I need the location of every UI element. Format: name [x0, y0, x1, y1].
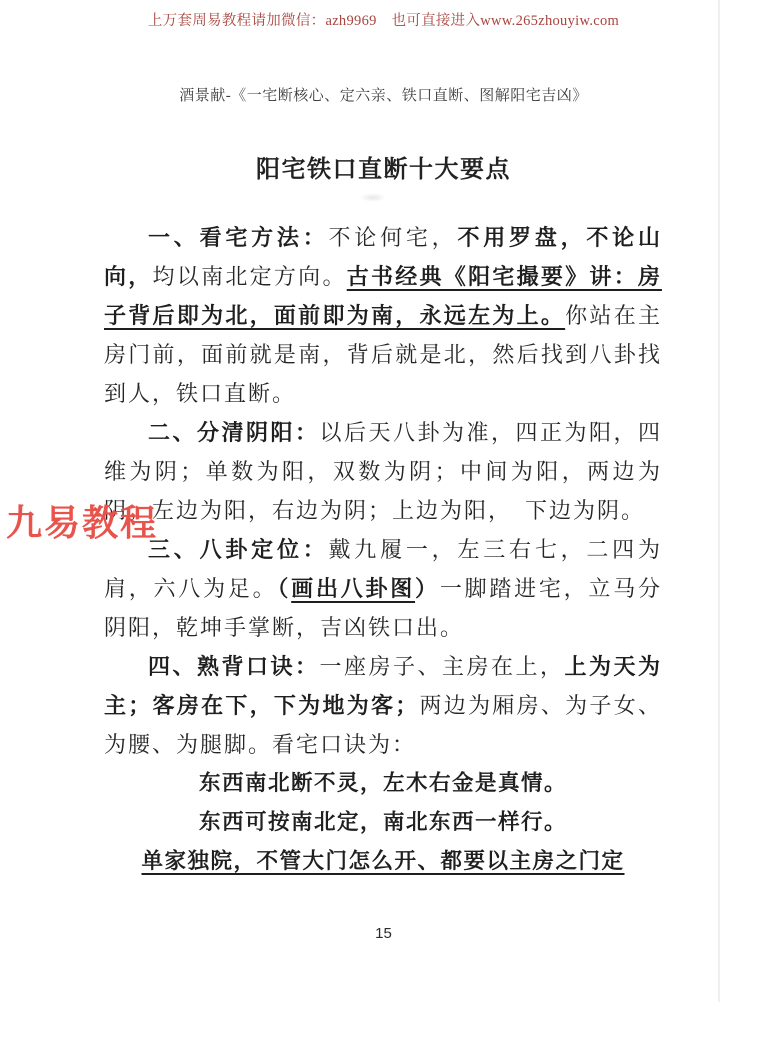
paragraph: 二、分清阴阳：以后天八卦为准，四正为阳，四维为阴；单数为阳，双数为阴；中间为阳，… [104, 413, 662, 530]
watermark-text: 九易教程 [6, 495, 158, 546]
page-number: 15 [0, 925, 767, 942]
text-segment: 一座房子、主房在上， [319, 654, 564, 679]
text-segment: 二、分清阴阳： [148, 420, 320, 445]
text-segment: 四、熟背口诀： [148, 654, 319, 679]
verse-line: 东西南北断不灵，左木右金是真情。 [104, 764, 662, 803]
paragraph: 三、八卦定位：戴九履一，左三右七，二四为肩，六八为足。（画出八卦图）一脚踏进宅，… [104, 530, 662, 647]
paragraphs-container: 一、看宅方法：不论何宅，不用罗盘，不论山向，均以南北定方向。古书经典《阳宅撮要》… [104, 218, 662, 764]
paragraph: 一、看宅方法：不论何宅，不用罗盘，不论山向，均以南北定方向。古书经典《阳宅撮要》… [104, 218, 662, 413]
scan-artifact-smudge [360, 193, 386, 202]
page-title: 阳宅铁口直断十大要点 [0, 149, 767, 184]
verse-line: 单家独院，不管大门怎么开、都要以主房之门定 [104, 842, 662, 881]
paragraph: 四、熟背口诀：一座房子、主房在上，上为天为主；客房在下，下为地为客；两边为厢房、… [104, 647, 662, 764]
verses-container: 东西南北断不灵，左木右金是真情。东西可按南北定，南北东西一样行。单家独院，不管大… [104, 764, 662, 881]
text-segment: 画出八卦图 [291, 576, 415, 601]
text-segment: ） [415, 576, 440, 601]
document-body: 一、看宅方法：不论何宅，不用罗盘，不论山向，均以南北定方向。古书经典《阳宅撮要》… [104, 218, 662, 881]
text-segment: 三、八卦定位： [148, 537, 329, 562]
header-notice: 上万套周易教程请加微信：azh9969 也可直接进入www.265zhouyiw… [0, 9, 767, 30]
verse-line: 东西可按南北定，南北东西一样行。 [104, 803, 662, 842]
text-segment: 均以南北定方向。 [153, 264, 347, 289]
text-segment: 不论何宅， [329, 225, 458, 250]
book-header: 酒景献-《一宅断核心、定六亲、铁口直断、图解阳宅吉凶》 [0, 84, 767, 105]
text-segment: 一、看宅方法： [148, 225, 329, 250]
text-segment: （ [277, 576, 291, 601]
